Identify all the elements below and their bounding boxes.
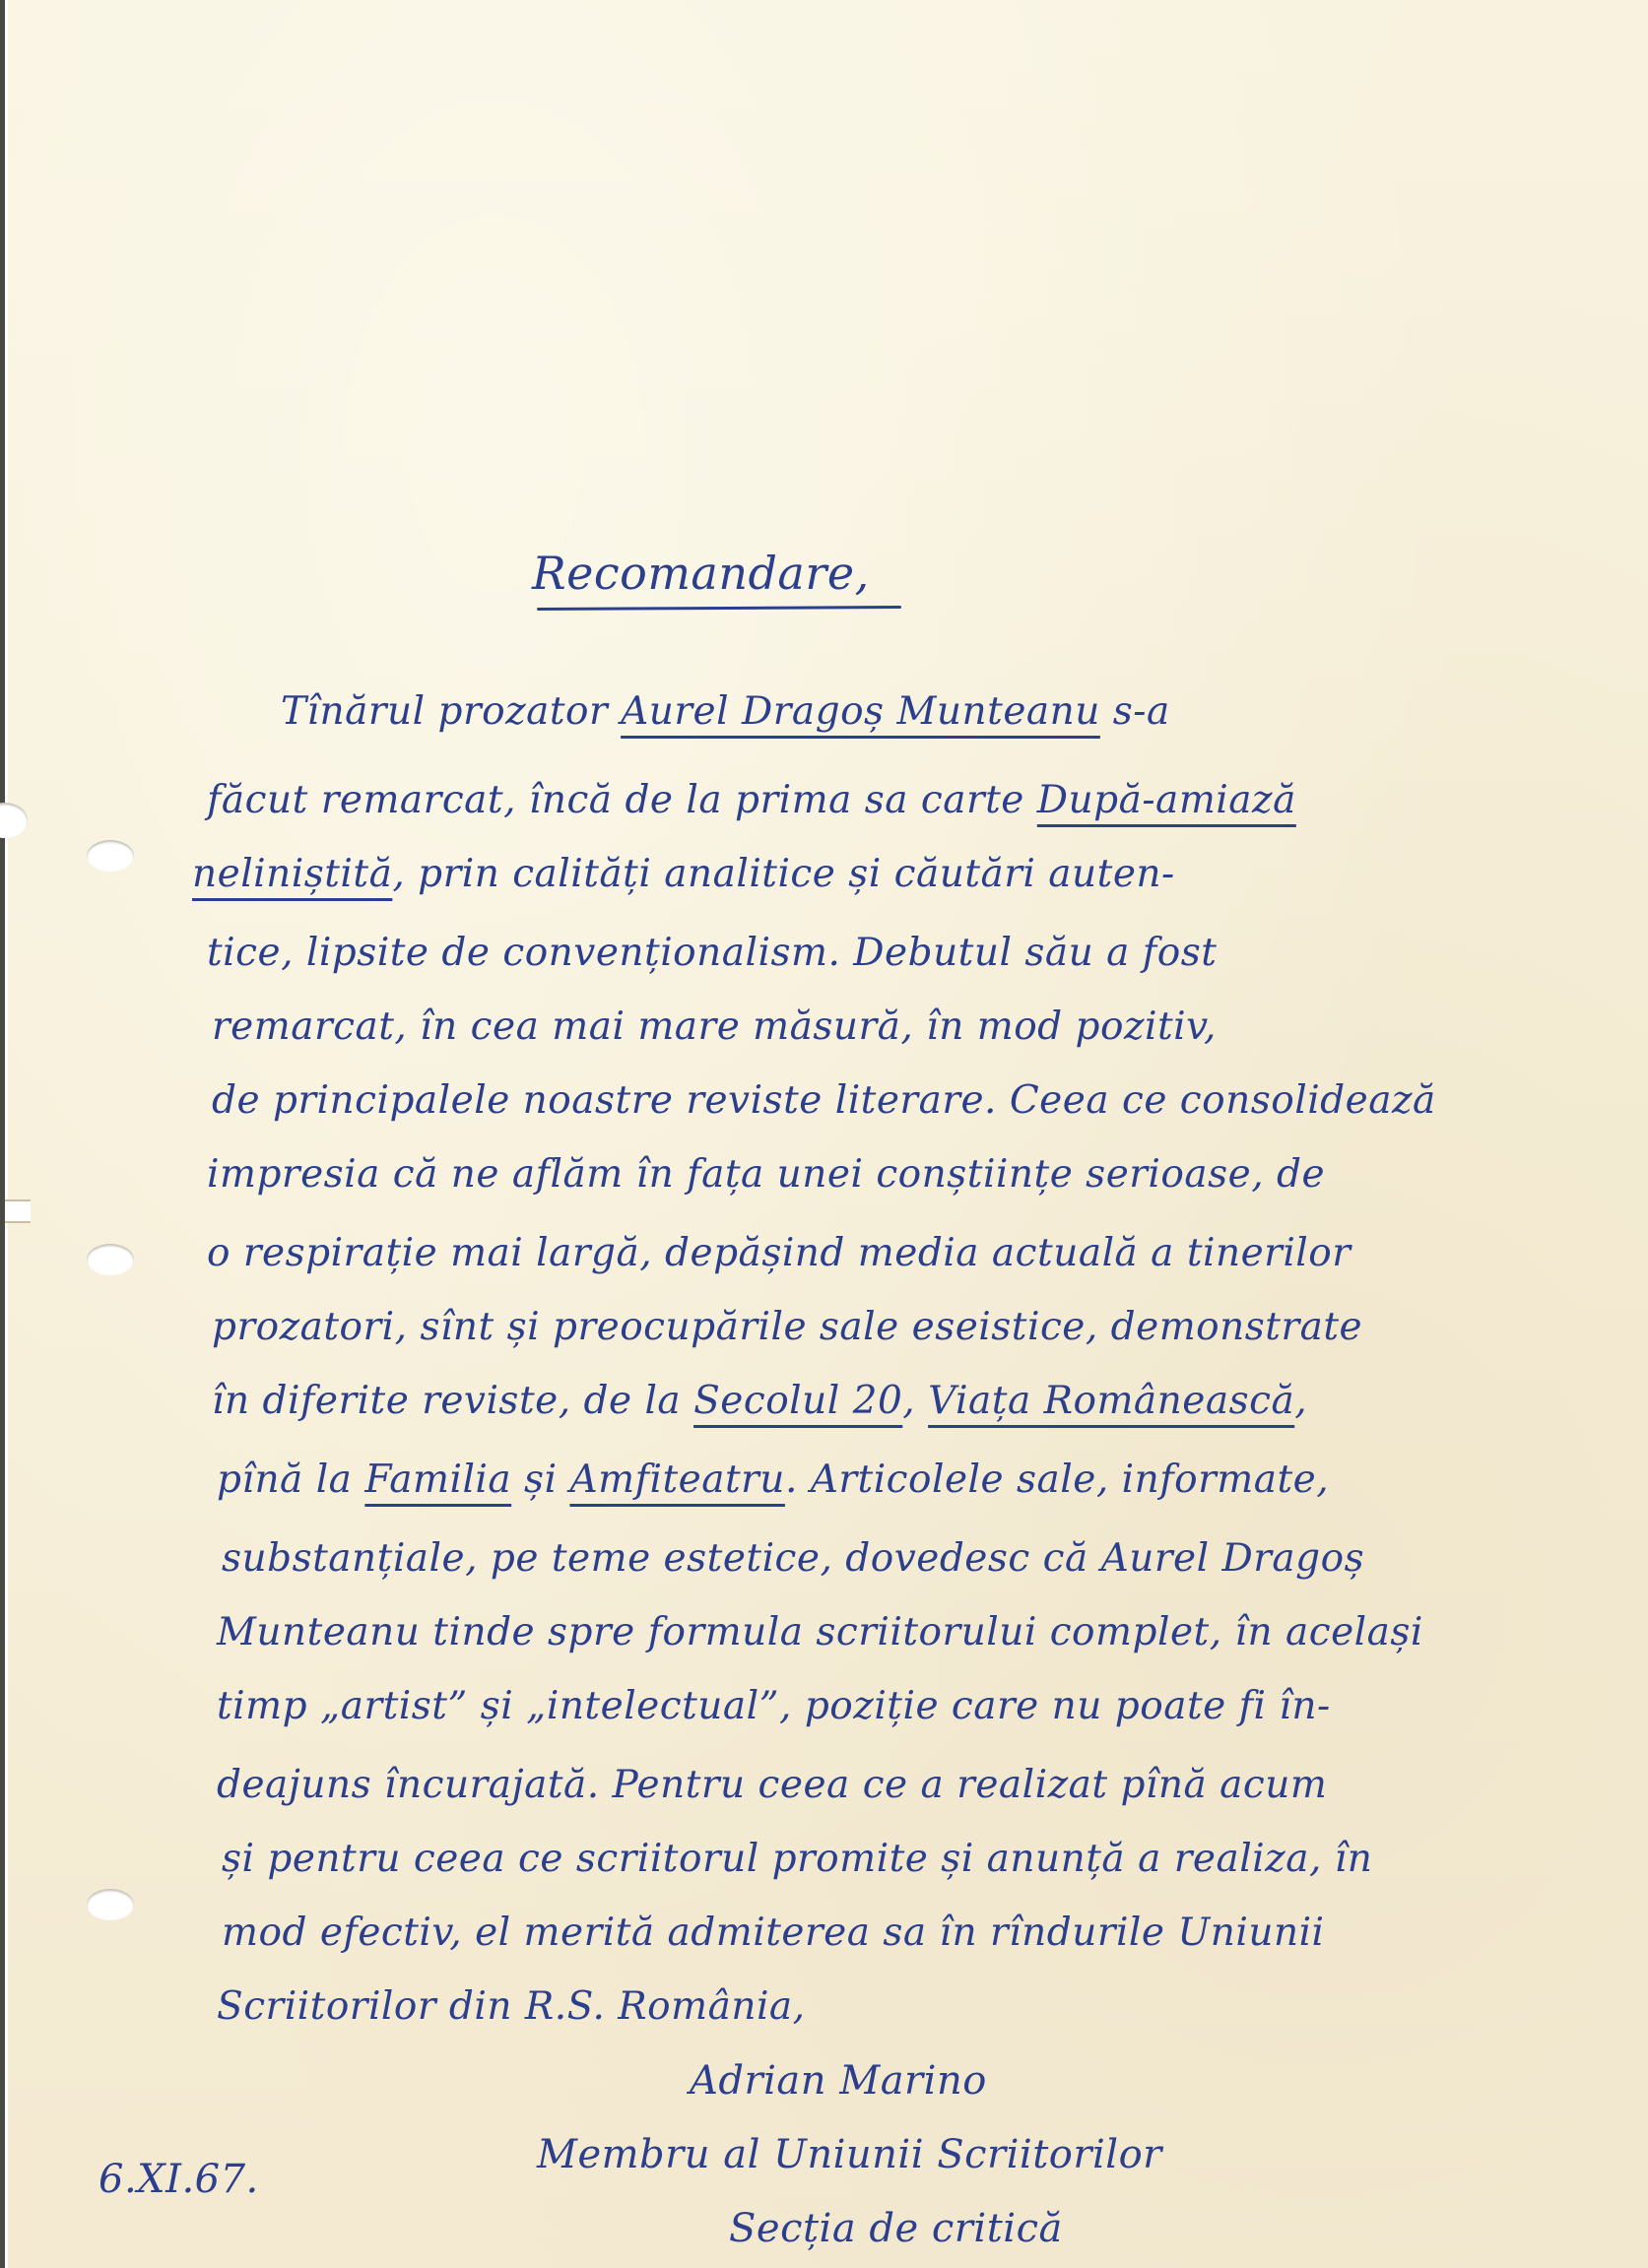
letter-line: și pentru ceea ce scriitorul promite și … [222,1837,1372,1881]
punch-hole-bottom [87,1889,134,1920]
underlined-title: Amfiteatru [569,1458,785,1502]
letter-line: Scriitorilor din R.S. România, [217,1984,806,2029]
line-text: tice, lipsite de convenționalism. Debutu… [207,931,1217,975]
underlined-title: Secolul 20 [693,1379,902,1423]
punch-hole-top [87,840,134,872]
line-text: deajuns încurajată. Pentru ceea ce a rea… [217,1763,1327,1807]
letter-line: substanțiale, pe teme estetice, dovedesc… [222,1536,1364,1581]
line-text: . Articolele sale, informate, [785,1458,1329,1502]
punch-hole-middle [87,1244,134,1275]
line-text: pînă la [217,1458,364,1502]
line-text: , [902,1379,928,1423]
line-text: timp „artist” și „intelectual”, poziție … [217,1684,1331,1728]
letter-line: Tînărul prozator Aurel Dragoș Munteanu s… [281,689,1170,734]
line-text: , [1294,1379,1307,1423]
line-text: de principalele noastre reviste literare… [212,1078,1436,1123]
signature-section: Secția de critică [729,2206,1063,2251]
underlined-title: neliniștită [192,852,392,896]
letter-line: timp „artist” și „intelectual”, poziție … [217,1684,1331,1728]
underlined-title: Familia [364,1458,511,1502]
letter-line: deajuns încurajată. Pentru ceea ce a rea… [217,1763,1327,1807]
line-text: prozatori, sînt și preocupările sale ese… [212,1305,1362,1349]
line-text: mod efectiv, el merită admiterea sa în r… [222,1911,1325,1955]
letter-line: tice, lipsite de convenționalism. Debutu… [207,931,1217,975]
paper-tear [5,1199,31,1223]
underlined-title: Viața Românească [928,1379,1294,1423]
letter-line: pînă la Familia și Amfiteatru. Articolel… [217,1458,1329,1502]
line-text: în diferite reviste, de la [212,1379,693,1423]
line-text: impresia că ne aflăm în fața unei conști… [207,1152,1325,1197]
signature-name: Adrian Marino [690,2058,987,2104]
line-text: substanțiale, pe teme estetice, dovedesc… [222,1536,1364,1581]
underlined-title: După-amiază [1037,778,1296,822]
letter-line: remarcat, în cea mai mare măsură, în mod… [212,1004,1217,1049]
letter-line: făcut remarcat, încă de la prima sa cart… [207,778,1296,822]
letter-line: mod efectiv, el merită admiterea sa în r… [222,1911,1325,1955]
letter-line: în diferite reviste, de la Secolul 20, V… [212,1379,1307,1423]
letter-line: o respirație mai largă, depășind media a… [207,1231,1351,1275]
signature-role: Membru al Uniunii Scriitorilor [537,2132,1162,2177]
letter-line: neliniștită, prin calități analitice și … [192,852,1175,896]
line-text: făcut remarcat, încă de la prima sa cart… [207,778,1037,822]
line-text: remarcat, în cea mai mare măsură, în mod… [212,1004,1217,1049]
line-text: Munteanu tinde spre formula scriitorului… [217,1610,1423,1654]
line-text: o respirație mai largă, depășind media a… [207,1231,1351,1275]
line-text: s-a [1100,689,1170,734]
letter-line: de principalele noastre reviste literare… [212,1078,1436,1123]
document-date: 6.XI.67. [99,2157,259,2202]
paper-left-edge-highlight [5,0,8,2268]
line-text: și pentru ceea ce scriitorul promite și … [222,1837,1372,1881]
line-text: și [511,1458,569,1502]
line-text: Scriitorilor din R.S. România, [217,1984,806,2029]
line-text: , prin calități analitice și căutări aut… [392,852,1174,896]
letter-line: prozatori, sînt și preocupările sale ese… [212,1305,1362,1349]
line-text: Tînărul prozator [281,689,621,734]
document-title: Recomandare, [532,547,870,600]
underlined-title: Aurel Dragoș Munteanu [621,689,1100,734]
letter-line: impresia că ne aflăm în fața unei conști… [207,1152,1325,1197]
letter-line: Munteanu tinde spre formula scriitorului… [217,1610,1423,1654]
